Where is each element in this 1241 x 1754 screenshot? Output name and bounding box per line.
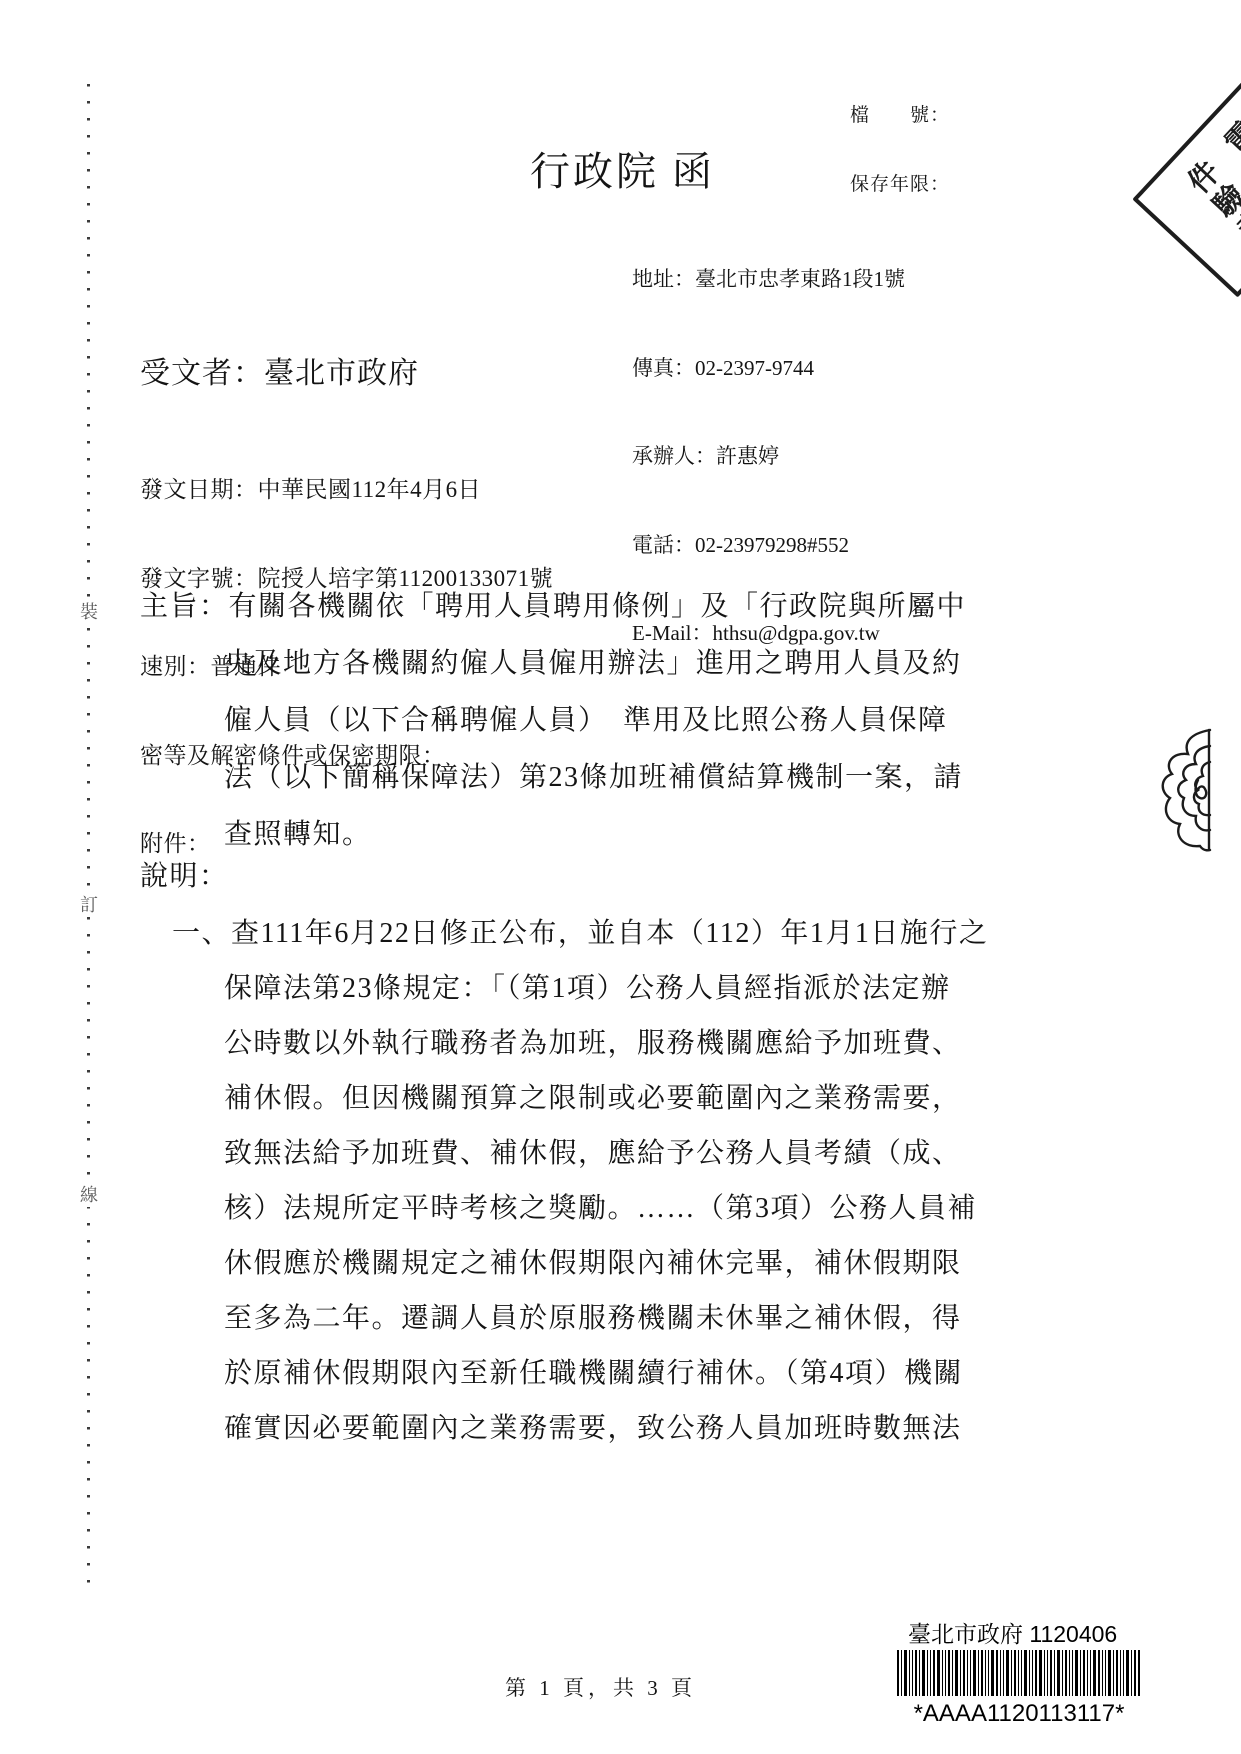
barcode bbox=[897, 1650, 1141, 1696]
page-number-footer: 第 1 頁，共 3 頁 bbox=[505, 1672, 696, 1702]
subject-line: 主旨：有關各機關依「聘用人員聘用條例」及「行政院與所屬中 bbox=[140, 584, 966, 624]
explanation-heading: 說明： bbox=[140, 854, 229, 894]
explanation-item-line: 於原補休假期限內至新任職機關續行補休。（第4項）機關 bbox=[224, 1351, 963, 1391]
sender-fax: 傳真：02-2397-9744 bbox=[632, 354, 905, 384]
partial-seal-stamp bbox=[1158, 726, 1212, 858]
explanation-item-line: 核）法規所定平時考核之獎勵。……（第3項）公務人員補 bbox=[224, 1186, 977, 1226]
explanation-item-line: 致無法給予加班費、補休假，應給予公務人員考績（成、 bbox=[224, 1131, 962, 1171]
explanation-item-line: 一、查111年6月22日修正公布，並自本（112）年1月1日施行之 bbox=[172, 911, 988, 951]
subject-line: 央及地方各機關約僱人員僱用辦法」進用之聘用人員及約 bbox=[224, 641, 962, 681]
receiver-date-stamp: 臺北市政府 1120406 bbox=[908, 1616, 1117, 1649]
recipient-line: 受文者：臺北市政府 bbox=[140, 348, 419, 392]
binding-mark-xian: 線 bbox=[79, 1183, 99, 1207]
explanation-item-line: 確實因必要範圍內之業務需要，致公務人員加班時數無法 bbox=[224, 1406, 962, 1446]
file-number-label: 檔 號： bbox=[850, 104, 950, 127]
barcode-text: *AAAA1120113117* bbox=[897, 1700, 1141, 1728]
document-title: 行政院 函 bbox=[530, 140, 715, 197]
subject-line: 查照轉知。 bbox=[224, 812, 372, 852]
sender-phone: 電話：02-23979298#552 bbox=[632, 531, 905, 561]
binding-mark-zhuang: 裝 bbox=[79, 600, 99, 624]
binding-dotted-line bbox=[87, 84, 90, 1590]
binding-mark-ding: 訂 bbox=[79, 893, 99, 917]
explanation-item-line: 公時數以外執行職務者為加班，服務機關應給予加班費、 bbox=[224, 1021, 962, 1061]
explanation-item-line: 保障法第23條規定：「（第1項）公務人員經指派於法定辦 bbox=[224, 966, 951, 1006]
sender-info-block: 地址：臺北市忠孝東路1段1號 傳真：02-2397-9744 承辦人：許惠婷 電… bbox=[632, 206, 905, 708]
sender-contact-person: 承辦人：許惠婷 bbox=[632, 442, 905, 472]
explanation-item-line: 休假應於機關規定之補休假期限內補休完畢，補休假期限 bbox=[224, 1241, 962, 1281]
retention-period-label: 保存年限： bbox=[850, 173, 950, 196]
sender-address: 地址：臺北市忠孝東路1段1號 bbox=[632, 265, 905, 295]
subject-line: 法（以下簡稱保障法）第23條加班補償結算機制一案，請 bbox=[224, 755, 963, 795]
explanation-item-line: 補休假。但因機關預算之限制或必要範圍內之業務需要， bbox=[224, 1076, 962, 1116]
issue-date: 發文日期：中華民國112年4月6日 bbox=[140, 475, 553, 505]
official-letter-page: 裝 訂 線 檔 號： 保存年限： 電子文 件驗章 行政院 函 地址：臺北市忠孝東… bbox=[0, 0, 1241, 1754]
certification-stamp-text-col2: 件驗章 bbox=[1174, 153, 1241, 255]
certification-stamp: 電子文 件驗章 bbox=[1132, 71, 1241, 298]
explanation-item-line: 至多為二年。遷調人員於原服務機關未休畢之補休假，得 bbox=[224, 1296, 962, 1336]
subject-line: 僱人員（以下合稱聘僱人員） 準用及比照公務人員保障 bbox=[224, 698, 948, 738]
